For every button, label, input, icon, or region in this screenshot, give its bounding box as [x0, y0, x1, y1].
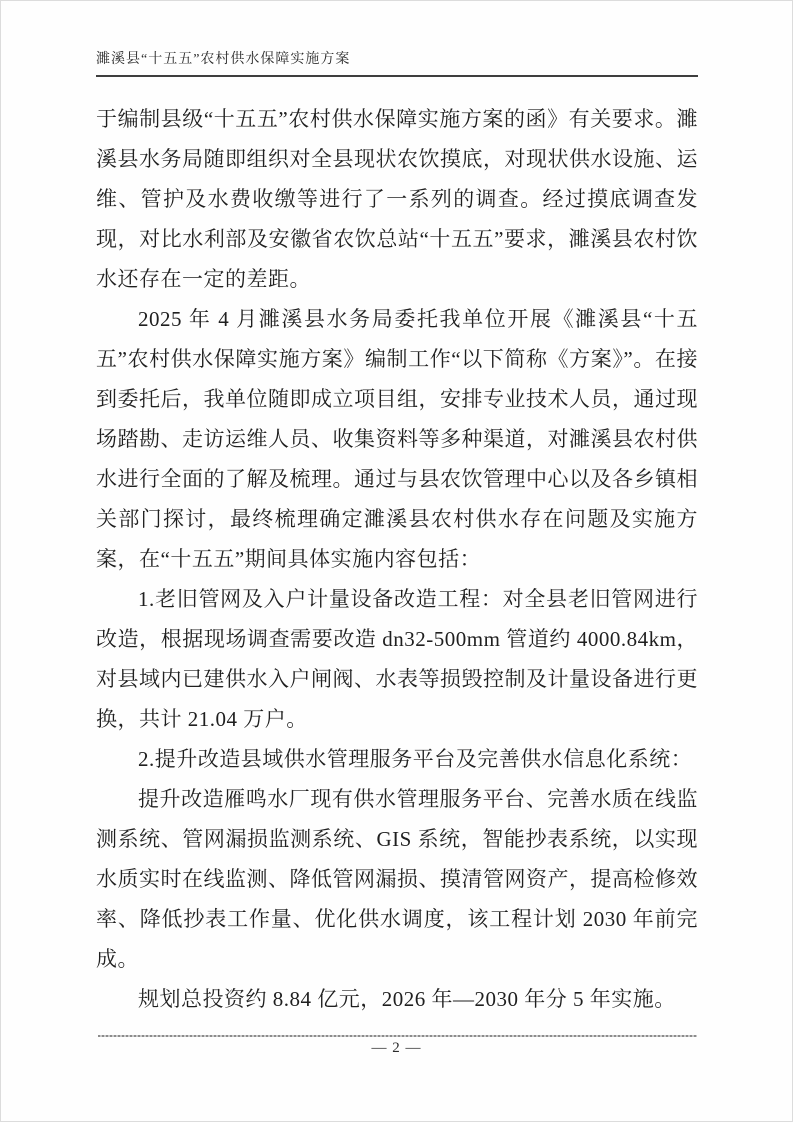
- paragraph: 2.提升改造县域供水管理服务平台及完善供水信息化系统：: [96, 739, 698, 779]
- page-number: — 2 —: [0, 1040, 793, 1057]
- paragraph: 于编制县级“十五五”农村供水保障实施方案的函》有关要求。濉溪县水务局随即组织对全…: [96, 99, 698, 299]
- paragraph: 提升改造雁鸣水厂现有供水管理服务平台、完善水质在线监测系统、管网漏损监测系统、G…: [96, 779, 698, 979]
- paragraph: 2025 年 4 月濉溪县水务局委托我单位开展《濉溪县“十五五”农村供水保障实施…: [96, 299, 698, 579]
- page-header: 濉溪县“十五五”农村供水保障实施方案: [96, 48, 698, 77]
- paragraph: 1.老旧管网及入户计量设备改造工程：对全县老旧管网进行改造，根据现场调查需要改造…: [96, 579, 698, 739]
- document-page: 濉溪县“十五五”农村供水保障实施方案 于编制县级“十五五”农村供水保障实施方案的…: [0, 0, 793, 1122]
- paragraph: 规划总投资约 8.84 亿元，2026 年—2030 年分 5 年实施。: [96, 979, 698, 1019]
- header-title: 濉溪县“十五五”农村供水保障实施方案: [96, 52, 350, 67]
- footer-rule: [98, 1035, 697, 1037]
- document-body: 于编制县级“十五五”农村供水保障实施方案的函》有关要求。濉溪县水务局随即组织对全…: [96, 99, 698, 1019]
